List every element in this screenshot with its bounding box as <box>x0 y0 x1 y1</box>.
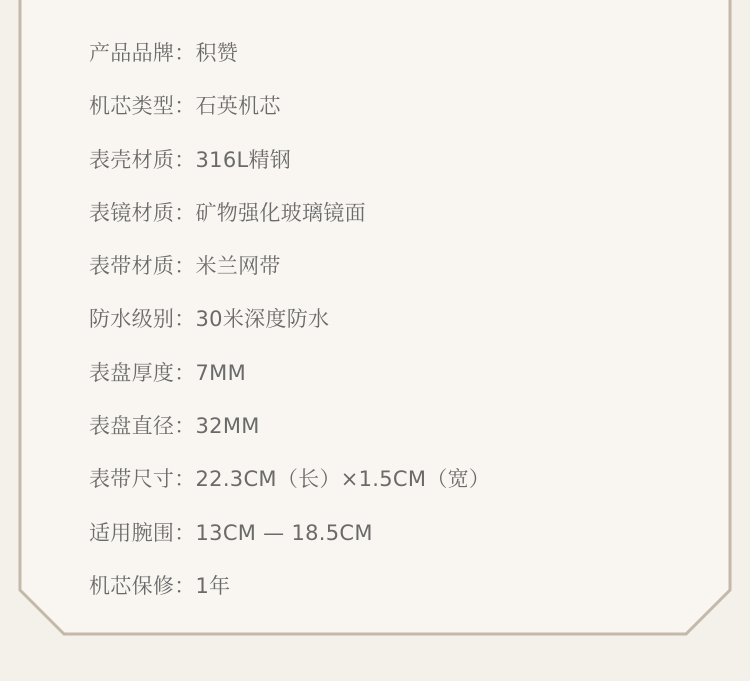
spec-label: 表带材质： <box>89 254 196 278</box>
spec-label: 产品品牌： <box>89 41 196 65</box>
spec-value: 积赞 <box>196 41 239 65</box>
spec-water-resistance: 防水级别：30米深度防水 <box>89 302 490 355</box>
spec-label: 适用腕围： <box>89 521 196 545</box>
spec-label: 表壳材质： <box>89 148 196 172</box>
spec-value: 316L精钢 <box>196 148 292 172</box>
spec-movement: 机芯类型：石英机芯 <box>89 89 490 142</box>
spec-value: 32MM <box>196 414 260 438</box>
spec-value: 米兰网带 <box>196 254 281 278</box>
spec-label: 表镜材质： <box>89 201 196 225</box>
spec-glass-material: 表镜材质：矿物强化玻璃镜面 <box>89 196 490 249</box>
spec-value: 石英机芯 <box>196 94 281 118</box>
spec-value: 7MM <box>196 361 247 385</box>
spec-case-material: 表壳材质：316L精钢 <box>89 143 490 196</box>
spec-value: 矿物强化玻璃镜面 <box>196 201 366 225</box>
spec-label: 表带尺寸： <box>89 467 196 491</box>
spec-strap-material: 表带材质：米兰网带 <box>89 249 490 302</box>
spec-value: 13CM — 18.5CM <box>196 521 373 545</box>
spec-list: 产品品牌：积赞 机芯类型：石英机芯 表壳材质：316L精钢 表镜材质：矿物强化玻… <box>89 36 490 622</box>
spec-label: 表盘直径： <box>89 414 196 438</box>
spec-value: 22.3CM（长）×1.5CM（宽） <box>196 467 491 491</box>
spec-dial-thickness: 表盘厚度：7MM <box>89 356 490 409</box>
spec-card: 产品品牌：积赞 机芯类型：石英机芯 表壳材质：316L精钢 表镜材质：矿物强化玻… <box>0 0 750 681</box>
spec-brand: 产品品牌：积赞 <box>89 36 490 89</box>
spec-label: 表盘厚度： <box>89 361 196 385</box>
spec-value: 1年 <box>196 574 231 598</box>
spec-wrist-size: 适用腕围：13CM — 18.5CM <box>89 516 490 569</box>
spec-dial-diameter: 表盘直径：32MM <box>89 409 490 462</box>
spec-label: 机芯保修： <box>89 574 196 598</box>
spec-label: 防水级别： <box>89 307 196 331</box>
spec-label: 机芯类型： <box>89 94 196 118</box>
spec-warranty: 机芯保修：1年 <box>89 569 490 622</box>
spec-strap-size: 表带尺寸：22.3CM（长）×1.5CM（宽） <box>89 462 490 515</box>
spec-value: 30米深度防水 <box>196 307 330 331</box>
